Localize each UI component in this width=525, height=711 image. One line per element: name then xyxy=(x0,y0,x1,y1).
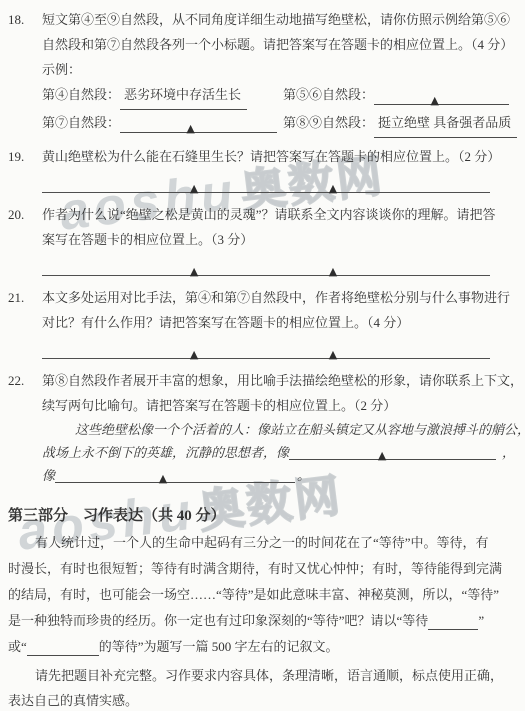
example-row-2: 第⑦自然段： ▲ 第⑧⑨自然段： 挺立绝壁 具备强者品质 xyxy=(42,110,515,138)
paragraph-5-6-label: 第⑤⑥自然段： xyxy=(283,82,374,108)
question-22-passage-line2: 战场上永不倒下的英雄，沉静的思想者，像 ▲ ， xyxy=(42,441,515,464)
question-20-number: 20. xyxy=(8,202,42,279)
paragraph-8-9-example-answer: 挺立绝壁 具备强者品质 xyxy=(374,110,517,138)
paragraph-7-label: 第⑦自然段： xyxy=(42,110,120,136)
question-22-number: 22. xyxy=(8,368,42,487)
question-21-text-line2: 对比？有什么作用？请把答案写在答题卡的相应位置上。（4 分） xyxy=(42,310,515,335)
composition-text: 或“ xyxy=(8,634,27,660)
composition-text: 的等待”为题写一篇 500 字左右的记叙文。 xyxy=(99,634,339,660)
question-19-number: 19. xyxy=(8,144,42,196)
passage-text: 战场上永不倒下的英雄，沉静的思想者，像 xyxy=(42,441,289,464)
paragraph-8-9-label: 第⑧⑨自然段： xyxy=(283,110,374,136)
paragraph-7-answer-blank: ▲ xyxy=(120,119,277,133)
section-3-title: 第三部分 习作表达（共 40 分） xyxy=(8,503,515,530)
question-19-answer-line: ▲ ▲ xyxy=(42,176,490,193)
question-22-text-line2: 续写两句比喻句。请把答案写在答题卡的相应位置上。（2 分） xyxy=(42,393,515,418)
paragraph-4-label: 第④自然段： xyxy=(42,82,120,108)
composition-paragraph-line4: 是一种独特而珍贵的经历。你一定也有过印象深刻的“等待”吧？请以“等待 ” xyxy=(8,608,515,634)
question-18-text-line2: 自然段和第⑦自然段各列一个小标题。请把答案写在答题卡的相应位置上。（4 分） xyxy=(42,32,515,57)
question-20: 20. 作者为什么说“绝壁之松是黄山的灵魂”？请联系全文内容谈谈你的理解。请把答… xyxy=(8,202,515,279)
triangle-marker-icon: ▲ xyxy=(190,266,198,277)
composition-requirements-line2: 表达自己的真情实感。 xyxy=(8,688,515,711)
passage-text: 像 xyxy=(42,464,55,487)
composition-requirements-line1: 请先把题目补充完整。习作要求内容具体，条理清晰，语言通顺，标点使用正确， xyxy=(8,663,515,688)
question-22-passage-line3: 像 ▲ 。 xyxy=(42,464,515,487)
paragraph-4-example-answer: 恶劣环境中存活生长 xyxy=(120,82,247,110)
simile-answer-blank-1: ▲ xyxy=(289,446,496,460)
triangle-marker-icon: ▲ xyxy=(431,95,439,106)
question-21-text-line1: 本文多处运用对比手法，第④和第⑦自然段中，作者将绝壁松分别与什么事物进行 xyxy=(42,285,515,310)
composition-paragraph-line5: 或“ 的等待”为题写一篇 500 字左右的记叙文。 xyxy=(8,634,515,660)
passage-punctuation: ， xyxy=(502,441,515,464)
question-19: 19. 黄山绝壁松为什么能在石缝里生长？请把答案写在答题卡的相应位置上。（2 分… xyxy=(8,144,515,196)
question-22-passage-line1: 这些绝壁松像一个个活着的人：像站立在船头镇定又从容地与激浪搏斗的艄公， xyxy=(42,418,515,441)
question-21: 21. 本文多处运用对比手法，第④和第⑦自然段中，作者将绝壁松分别与什么事物进行… xyxy=(8,285,515,362)
composition-paragraph-line1: 有人统计过，一个人的生命中起码有三分之一的时间花在了“等待”中。等待，有 xyxy=(8,530,515,556)
composition-paragraph-line2: 时漫长，有时也很短暂；等待有时满含期待，有时又忧心忡忡；有时，等待能得到完满 xyxy=(8,556,515,582)
exam-content: 18. 短文第④至⑨自然段，从不同角度详细生动地描写绝壁松，请你仿照示例给第⑤⑥… xyxy=(0,0,525,711)
exam-page: aoshu奥数网 aoshu奥数网 18. 短文第④至⑨自然段，从不同角度详细生… xyxy=(0,0,525,711)
triangle-marker-icon: ▲ xyxy=(159,473,167,484)
triangle-marker-icon: ▲ xyxy=(329,266,337,277)
composition-text: 是一种独特而珍贵的经历。你一定也有过印象深刻的“等待”吧？请以“等待 xyxy=(8,608,428,634)
section-3: 第三部分 习作表达（共 40 分） 有人统计过，一个人的生命中起码有三分之一的时… xyxy=(8,503,515,711)
triangle-marker-icon: ▲ xyxy=(190,349,198,360)
question-21-answer-line: ▲ ▲ xyxy=(42,342,490,359)
question-20-answer-line: ▲ ▲ xyxy=(42,259,490,276)
triangle-marker-icon: ▲ xyxy=(329,349,337,360)
example-label: 示例： xyxy=(42,57,515,82)
example-row-1: 第④自然段： 恶劣环境中存活生长 第⑤⑥自然段： ▲ xyxy=(42,82,515,110)
title-fill-blank-1 xyxy=(428,616,478,630)
question-20-text-line2: 案写在答题卡的相应位置上。（3 分） xyxy=(42,227,515,252)
passage-punctuation: 。 xyxy=(297,464,310,487)
title-fill-blank-2 xyxy=(27,642,99,656)
question-22: 22. 第⑧自然段作者展开丰富的想象，用比喻手法描绘绝壁松的形象，请你联系上下文… xyxy=(8,368,515,487)
composition-paragraph-line3: 的结局，有时，也可能会一场空……“等待”是如此意味丰富、神秘莫测，所以，“等待” xyxy=(8,582,515,608)
question-20-text-line1: 作者为什么说“绝壁之松是黄山的灵魂”？请联系全文内容谈谈你的理解。请把答 xyxy=(42,202,515,227)
composition-punctuation: ” xyxy=(478,608,484,634)
triangle-marker-icon: ▲ xyxy=(190,183,198,194)
question-18-number: 18. xyxy=(8,7,42,138)
question-18-text-line1: 短文第④至⑨自然段，从不同角度详细生动地描写绝壁松，请你仿照示例给第⑤⑥ xyxy=(42,7,515,32)
triangle-marker-icon: ▲ xyxy=(186,123,194,134)
triangle-marker-icon: ▲ xyxy=(378,450,386,461)
simile-answer-blank-2: ▲ xyxy=(55,469,295,483)
paragraph-5-6-answer-blank: ▲ xyxy=(374,91,509,105)
triangle-marker-icon: ▲ xyxy=(329,183,337,194)
question-22-text-line1: 第⑧自然段作者展开丰富的想象，用比喻手法描绘绝壁松的形象，请你联系上下文， xyxy=(42,368,515,393)
question-21-number: 21. xyxy=(8,285,42,362)
question-18: 18. 短文第④至⑨自然段，从不同角度详细生动地描写绝壁松，请你仿照示例给第⑤⑥… xyxy=(8,7,515,138)
question-19-text: 黄山绝壁松为什么能在石缝里生长？请把答案写在答题卡的相应位置上。（2 分） xyxy=(42,144,515,169)
